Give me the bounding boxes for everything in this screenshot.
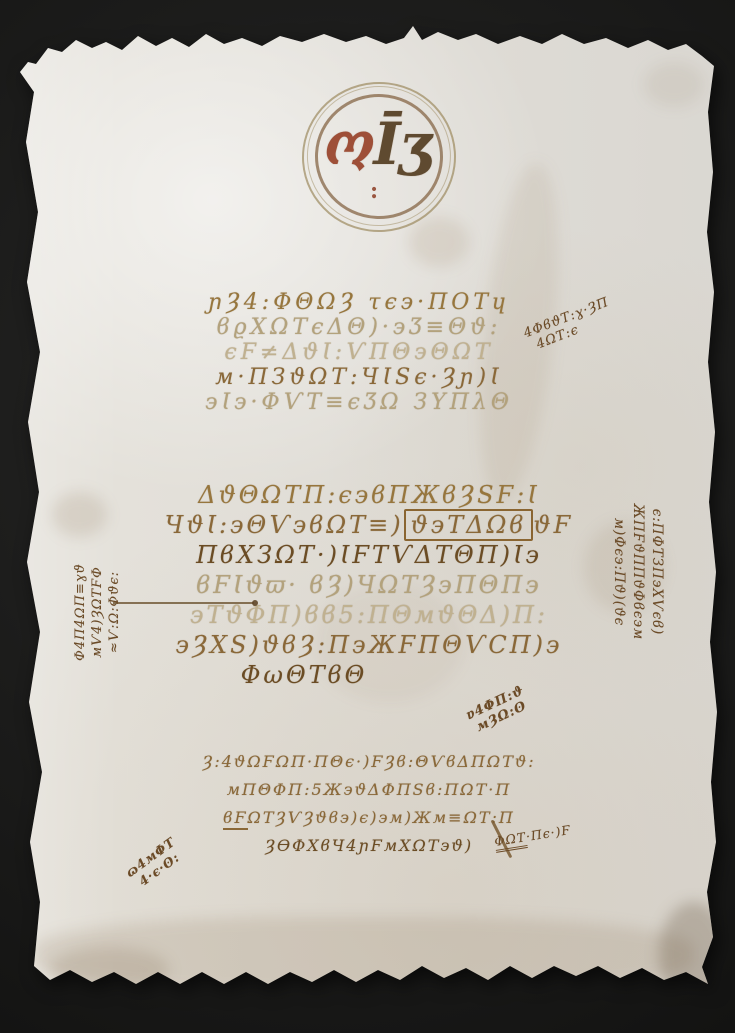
- paragraph-one: ɲȜ4:ΦΘΩȜ τϵ϶·ΠΟΤɥ ϐϱΧΩΤϵΔΘ)·϶Ʒ≡Θϑ: ϵϜ≠Δϑ…: [144, 290, 574, 415]
- seal-emblem: ოĪʒ :: [302, 82, 458, 234]
- script-line: ϵ:ΠΦΤЗΠ϶ΧѴϵϐ): [647, 447, 666, 697]
- script-line: ϵϜ≠ΔϑƖ:ѴΠΘ϶ΘΩΤ: [144, 340, 574, 365]
- script-line: ϐϱΧΩΤϵΔΘ)·϶Ʒ≡Θϑ:: [144, 315, 574, 340]
- script-line: м·ΠЗϑΩΤ:ЧƖЅϵ·Ȝɲ)Ɩ: [144, 365, 574, 390]
- margin-note-right: ϵ:ΠΦΤЗΠ϶ΧѴϵϐ) ЖΠϜϑΠΠϑΦϐϵ϶м м)Φϵ϶:Πϑ)(ϑϵ: [602, 447, 666, 697]
- script-line-with-cartouche: ЧϑƖ:϶ΘѴ϶ϐΩΤ≡)ϑ϶ΤΔΩϐϑϜ: [124, 510, 614, 540]
- script-line: ϶Ɩ϶·ΦѴΤ≡ϵƷΩ ЗΥΠλΘ: [144, 390, 574, 415]
- seal-glyph-red-part: ო: [324, 110, 373, 178]
- seal-glyph-dark-part: Īʒ: [373, 110, 429, 178]
- script-line: мѴ4)ȜΩΤϜΦ: [89, 532, 106, 692]
- script-line: Ȝ:4ϑΩϜΩΠ·ΠΘϵ·)ϜȜϐ:ΘѴϐΔΠΩΤϑ:: [154, 748, 584, 776]
- script-line: ϐϜƖϑϖ· ϐȜ)ЧΩΤȜ϶ΠΘΠ϶: [124, 570, 614, 600]
- stain: [659, 902, 729, 1007]
- script-line: Φ4Π4ΩΠ≡ɣϑ: [72, 532, 89, 692]
- script-line: ɲȜ4:ΦΘΩȜ τϵ϶·ΠΟΤɥ: [144, 290, 574, 315]
- stain: [644, 62, 704, 107]
- script-line-closing: ΦωΘΤϐΘ: [124, 660, 484, 690]
- script-segment: ϑϜ: [533, 511, 573, 539]
- margin-reference-line: [113, 602, 254, 604]
- seal-glyph: ოĪʒ: [302, 110, 452, 178]
- cartouche-box: ϑ϶ΤΔΩϐ: [404, 509, 534, 541]
- seal-colon-mark: :: [370, 178, 378, 204]
- stain: [52, 492, 107, 537]
- photo-background: ოĪʒ : ɲȜ4:ΦΘΩȜ τϵ϶·ΠΟΤɥ ϐϱΧΩΤϵΔΘ)·϶Ʒ≡Θϑ:…: [0, 0, 735, 1033]
- script-line: ϶ȜΧЅ)ϑϐȜ:Π϶ЖϜΠΘѴСΠ)϶: [124, 630, 614, 660]
- script-segment: ΩΤȜѴȜϑϐ϶)ϵ)϶м)Жм≡ΩΤ:Π: [248, 808, 515, 827]
- script-line: ЖΠϜϑΠΠϑΦϐϵ϶м: [628, 447, 647, 697]
- script-line: ϶ΤϑΦΠ)ϐϐ5:ΠΘмϑΘΔ)Π:: [124, 600, 614, 630]
- margin-note-left: Φ4Π4ΩΠ≡ɣϑ мѴ4)ȜΩΤϜΦ ≈Ѵ:Ω:Φϑϵ:: [72, 532, 128, 692]
- stain: [49, 947, 169, 992]
- underlined-segment: ϐϜ: [223, 808, 247, 830]
- script-line-with-underline: ϐϜΩΤȜѴȜϑϐ϶)ϵ)϶м)Жм≡ΩΤ:Π: [154, 804, 584, 832]
- script-line: ΔϑΘΩΤΠ:ϵ϶ϐΠЖϐȜЅϜ:Ɩ: [124, 480, 614, 510]
- script-line: м)Φϵ϶:Πϑ)(ϑϵ: [609, 447, 628, 697]
- script-line: мΠΘΦΠ:5Ж϶ϑΔΦΠЅϐ:ΠΩΤ·Π: [154, 776, 584, 804]
- script-line: ≈Ѵ:Ω:Φϑϵ:: [106, 532, 123, 692]
- paper-sheet: ოĪʒ : ɲȜ4:ΦΘΩȜ τϵ϶·ΠΟΤɥ ϐϱΧΩΤϵΔΘ)·϶Ʒ≡Θϑ:…: [14, 22, 722, 1010]
- script-line: ΠϐΧЗΩΤ·)ƖϜΤѴΔΤΘΠ)Ɩ϶: [124, 540, 614, 570]
- script-segment: ЧϑƖ:϶ΘѴ϶ϐΩΤ≡): [165, 511, 404, 539]
- main-text-block: ΔϑΘΩΤΠ:ϵ϶ϐΠЖϐȜЅϜ:Ɩ ЧϑƖ:϶ΘѴ϶ϐΩΤ≡)ϑ϶ΤΔΩϐϑϜ…: [124, 480, 614, 690]
- paper-surface: ოĪʒ : ɲȜ4:ΦΘΩȜ τϵ϶·ΠΟΤɥ ϐϱΧΩΤϵΔΘ)·϶Ʒ≡Θϑ:…: [14, 22, 722, 1010]
- small-note-mid-right: ɐ4ΦΠ:ϑ мȜΩ:ʘ: [464, 683, 534, 737]
